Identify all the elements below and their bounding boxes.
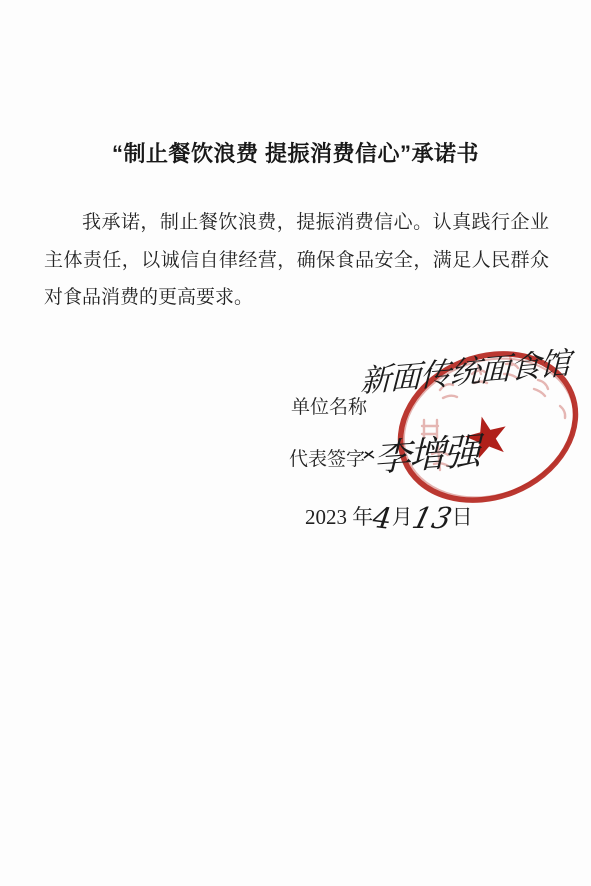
date-day-suffix: 日 [452,505,473,529]
date-day-handwritten: 13 [409,504,455,533]
date-year-printed: 2023 年 [305,505,373,529]
document-title: “制止餐饮浪费 提振消费信心”承诺书 [0,137,591,168]
date-month-suffix: 月 [392,505,413,529]
date-line: 2023 年4月13日 [305,501,473,533]
representative-signature-handwritten: 李增强 [374,421,479,482]
document-page: “制止餐饮浪费 提振消费信心”承诺书 我承诺，制止餐饮浪费，提振消费信心。认真践… [0,0,591,886]
representative-signature-label: 代表签字 [289,444,365,471]
date-month-handwritten: 4 [372,503,394,534]
pledge-paragraph: 我承诺，制止餐饮浪费，提振消费信心。认真践行企业主体责任，以诚信自律经营，确保食… [44,204,549,317]
unit-name-label: 单位名称 [291,392,367,419]
